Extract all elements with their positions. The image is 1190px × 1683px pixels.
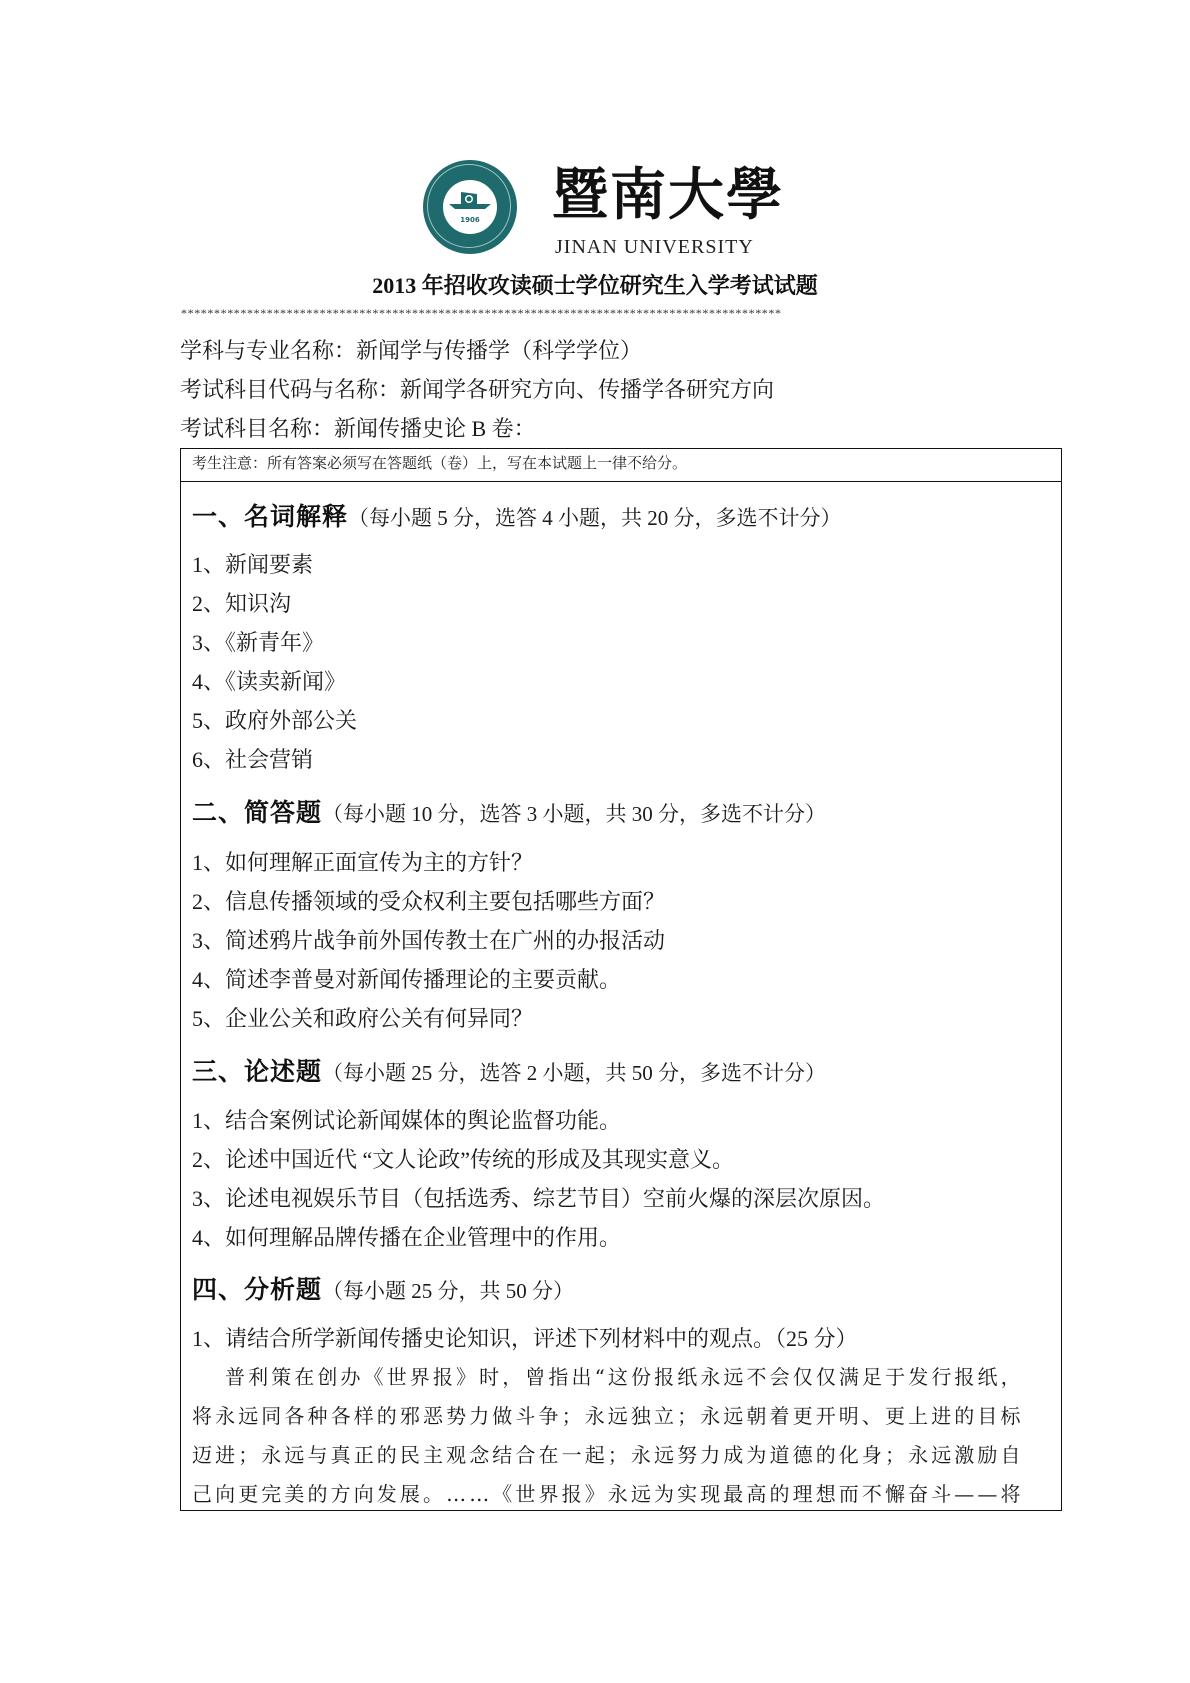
- passage-line: 迈进；永远与真正的民主观念结合在一起；永远努力成为道德的化身；永远激励自: [192, 1440, 1024, 1470]
- section-instructions: （每小题 25 分，共 50 分）: [322, 1279, 574, 1303]
- question-item: 1、结合案例试论新闻媒体的舆论监督功能。: [192, 1106, 621, 1136]
- candidate-notice: 考生注意：所有答案必须写在答题纸（卷）上，写在本试题上一律不给分。: [181, 449, 1061, 482]
- question-item: 2、信息传播领域的受众权利主要包括哪些方面？: [192, 887, 665, 917]
- section-heading-3: 三、论述题（每小题 25 分，选答 2 小题，共 50 分，多选不计分）: [192, 1057, 826, 1088]
- section-title: 三、论述题: [192, 1057, 322, 1086]
- question-box: 考生注意：所有答案必须写在答题纸（卷）上，写在本试题上一律不给分。 一、名词解释…: [180, 448, 1062, 1511]
- seal-year: 1906: [423, 216, 517, 224]
- question-item: 6、社会营销: [192, 745, 313, 775]
- question-item: 3、《新青年》: [192, 628, 324, 658]
- separator-line: ****************************************…: [181, 306, 1011, 320]
- passage-line: 己向更完美的方向发展。……《世界报》永远为实现最高的理想而不懈奋斗——将: [192, 1479, 1024, 1509]
- question-item: 5、政府外部公关: [192, 706, 357, 736]
- section-instructions: （每小题 25 分，选答 2 小题，共 50 分，多选不计分）: [322, 1061, 826, 1085]
- subject-code-line: 考试科目代码与名称：新闻学各研究方向、传播学各研究方向: [180, 375, 774, 405]
- section-heading-4: 四、分析题（每小题 25 分，共 50 分）: [192, 1275, 574, 1306]
- section-heading-2: 二、简答题（每小题 10 分，选答 3 小题，共 30 分，多选不计分）: [192, 798, 826, 829]
- section-title: 一、名词解释: [192, 502, 348, 531]
- section-title: 四、分析题: [192, 1275, 322, 1304]
- question-item: 4、简述李普曼对新闻传播理论的主要贡献。: [192, 965, 621, 995]
- question-item: 4、如何理解品牌传播在企业管理中的作用。: [192, 1223, 621, 1253]
- question-item: 3、论述电视娱乐节目（包括选秀、综艺节目）空前火爆的深层次原因。: [192, 1184, 885, 1214]
- university-name-chinese: 暨南大學: [552, 160, 784, 230]
- boat-icon: [447, 190, 493, 210]
- section-instructions: （每小题 10 分，选答 3 小题，共 30 分，多选不计分）: [322, 802, 826, 826]
- section-title: 二、简答题: [192, 798, 322, 827]
- subject-name-line: 考试科目名称：新闻传播史论 B 卷：: [180, 414, 536, 444]
- question-item: 2、论述中国近代 “文人论政”传统的形成及其现实意义。: [192, 1145, 734, 1175]
- question-item: 2、知识沟: [192, 589, 291, 619]
- university-seal-icon: 1906: [423, 160, 517, 254]
- section-heading-1: 一、名词解释（每小题 5 分，选答 4 小题，共 20 分，多选不计分）: [192, 502, 842, 533]
- section-instructions: （每小题 5 分，选答 4 小题，共 20 分，多选不计分）: [348, 506, 842, 530]
- passage-line: 将永远同各种各样的邪恶势力做斗争；永远独立；永远朝着更开明、更上进的目标: [192, 1401, 1024, 1431]
- question-item: 1、新闻要素: [192, 550, 313, 580]
- exam-title: 2013 年招收攻读硕士学位研究生入学考试试题: [0, 271, 1190, 301]
- discipline-line: 学科与专业名称：新闻学与传播学（科学学位）: [180, 336, 642, 366]
- question-item: 4、《读卖新闻》: [192, 667, 346, 697]
- question-item: 1、请结合所学新闻传播史论知识，评述下列材料中的观点。（25 分）: [192, 1324, 858, 1354]
- university-name-english: JINAN UNIVERSITY: [555, 236, 754, 258]
- question-item: 1、如何理解正面宣传为主的方针？: [192, 848, 533, 878]
- question-item: 3、简述鸦片战争前外国传教士在广州的办报活动: [192, 926, 665, 956]
- passage-line: 普利策在创办《世界报》时，曾指出“这份报纸永远不会仅仅满足于发行报纸，: [225, 1362, 1024, 1392]
- question-item: 5、企业公关和政府公关有何异同？: [192, 1004, 533, 1034]
